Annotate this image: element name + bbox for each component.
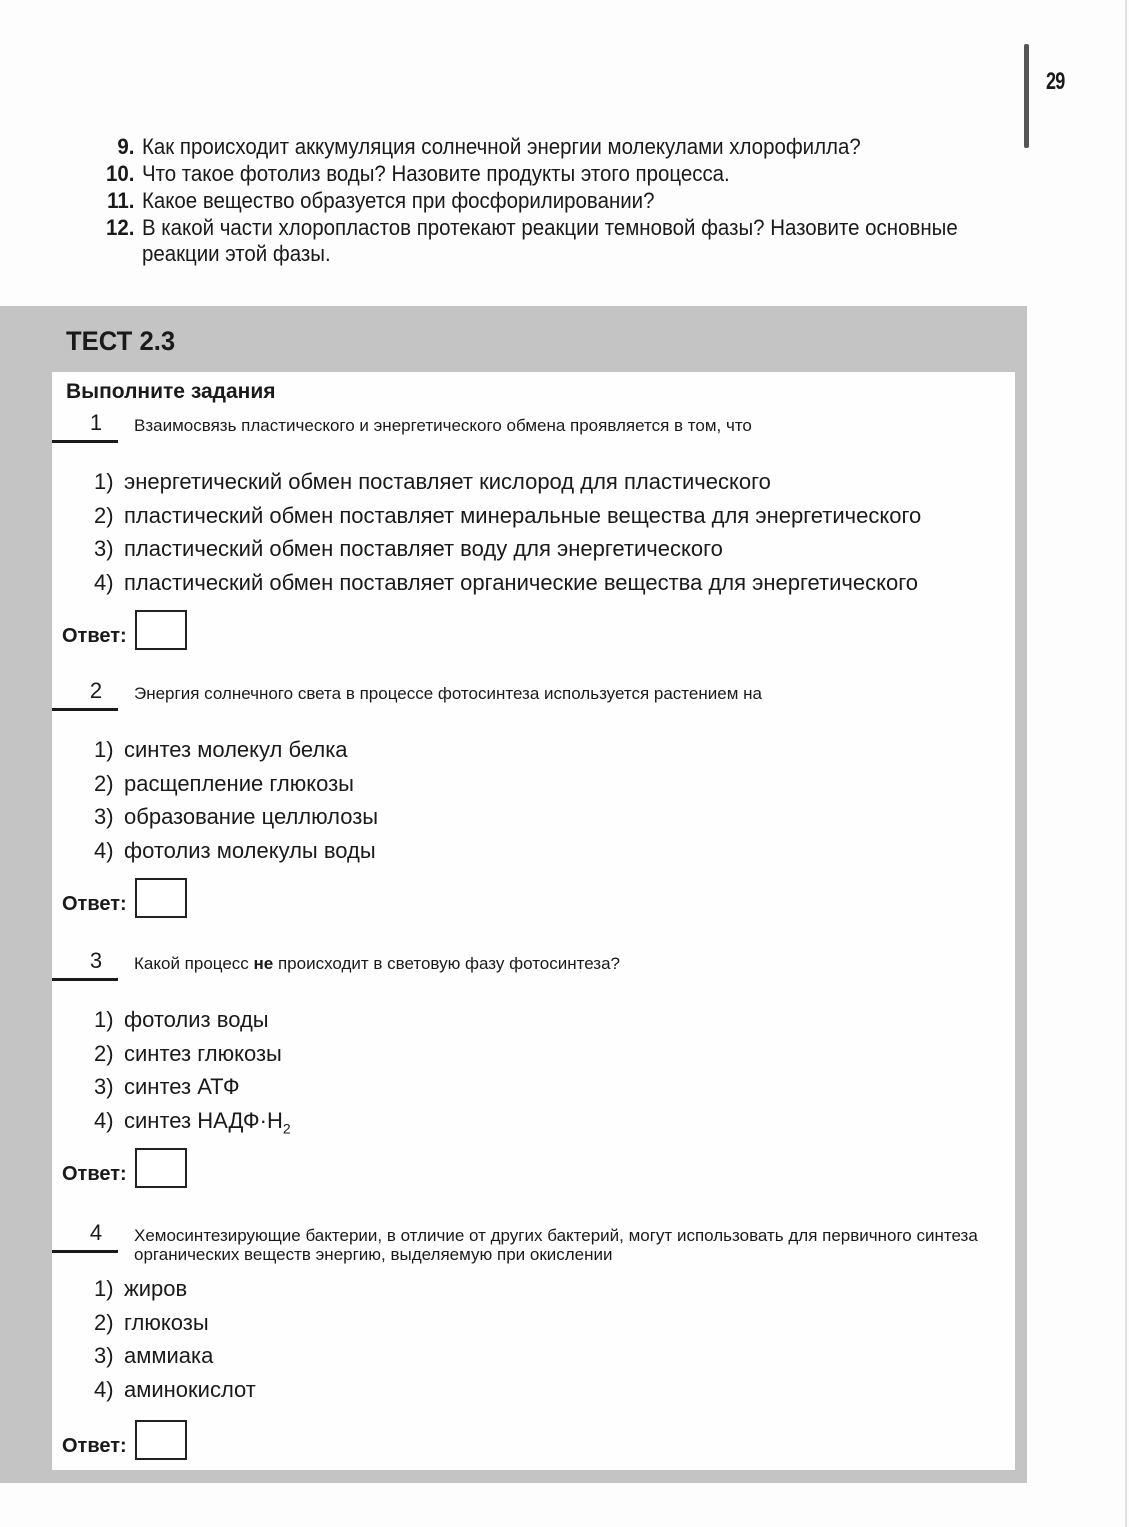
answer-box[interactable] (135, 1420, 187, 1460)
option-text: синтез АТФ (124, 1074, 240, 1099)
option-text: расщепление глюкозы (124, 771, 354, 796)
option-text: аммиака (124, 1343, 213, 1368)
test-body: Выполните задания 1 Взаимосвязь пластиче… (52, 372, 1015, 1470)
question-text: Как происходит аккумуляция солнечной эне… (142, 134, 1037, 160)
option-text: энергетический обмен поставляет кислород… (124, 469, 771, 494)
task-number: 3 (76, 948, 116, 974)
question-number: 11. (88, 188, 142, 214)
option-text: аминокислот (124, 1377, 256, 1402)
answer-label: Ответ: (62, 1163, 127, 1186)
answer-option[interactable]: 2)пластический обмен поставляет минераль… (94, 499, 921, 533)
task-number-underline (52, 708, 118, 711)
option-subscript: 2 (283, 1120, 291, 1136)
task-question: Энергия солнечного света в процессе фото… (134, 684, 1014, 703)
answer-option[interactable]: 1)энергетический обмен поставляет кислор… (94, 465, 921, 499)
option-number: 3) (94, 532, 124, 566)
task-number-underline (52, 440, 118, 443)
answer-option[interactable]: 4)аминокислот (94, 1373, 256, 1407)
task-question: Хемосинтезирующие бактерии, в отличие от… (134, 1226, 1004, 1264)
answer-row: Ответ: (62, 878, 187, 918)
answer-box[interactable] (135, 878, 187, 918)
answer-option[interactable]: 1)жиров (94, 1272, 256, 1306)
answer-option[interactable]: 4)пластический обмен поставляет органиче… (94, 566, 921, 600)
task-number-underline (52, 1250, 118, 1253)
answer-options: 1)жиров 2)глюкозы 3)аммиака 4)аминокисло… (94, 1272, 256, 1406)
answer-option[interactable]: 3)пластический обмен поставляет воду для… (94, 532, 921, 566)
option-text: синтез молекул белка (124, 737, 348, 762)
question-number: 9. (88, 134, 142, 160)
answer-option[interactable]: 2)синтез глюкозы (94, 1037, 291, 1071)
task-question: Взаимосвязь пластического и энергетическ… (134, 416, 1014, 435)
option-text: пластический обмен поставляет органическ… (124, 570, 918, 595)
answer-box[interactable] (135, 610, 187, 650)
question-number: 12. (88, 215, 142, 267)
answer-options: 1)энергетический обмен поставляет кислор… (94, 465, 921, 599)
answer-row: Ответ: (62, 1148, 187, 1188)
instruction-heading: Выполните задания (66, 380, 276, 404)
option-number: 3) (94, 1070, 124, 1104)
option-text: глюкозы (124, 1310, 209, 1335)
answer-option[interactable]: 1)фотолиз воды (94, 1003, 291, 1037)
review-question: 11. Какое вещество образуется при фосфор… (88, 188, 1037, 214)
question-text: Что такое фотолиз воды? Назовите продукт… (142, 161, 1037, 187)
option-text: образование целлюлозы (124, 804, 378, 829)
option-number: 2) (94, 1306, 124, 1340)
option-text: синтез НАДФ·Н (124, 1108, 283, 1133)
question-text: В какой части хлоропластов протекают реа… (142, 215, 1032, 267)
option-number: 3) (94, 1339, 124, 1373)
review-question: 9. Как происходит аккумуляция солнечной … (88, 134, 1037, 160)
option-number: 1) (94, 733, 124, 767)
task-question: Какой процесс не происходит в световую ф… (134, 954, 1014, 973)
answer-option[interactable]: 2)глюкозы (94, 1306, 256, 1340)
answer-option[interactable]: 1)синтез молекул белка (94, 733, 378, 767)
option-number: 1) (94, 465, 124, 499)
answer-label: Ответ: (62, 1435, 127, 1458)
option-text: пластический обмен поставляет воду для э… (124, 536, 723, 561)
option-number: 2) (94, 499, 124, 533)
question-text-part: Какой процесс (134, 954, 254, 973)
question-number: 10. (88, 161, 142, 187)
answer-option[interactable]: 4)фотолиз молекулы воды (94, 834, 378, 868)
review-question: 10. Что такое фотолиз воды? Назовите про… (88, 161, 1037, 187)
answer-box[interactable] (135, 1148, 187, 1188)
review-questions: 9. Как происходит аккумуляция солнечной … (88, 134, 1038, 268)
test-panel: ТЕСТ 2.3 Выполните задания 1 Взаимосвязь… (0, 306, 1027, 1483)
answer-option[interactable]: 2)расщепление глюкозы (94, 767, 378, 801)
answer-options: 1)фотолиз воды 2)синтез глюкозы 3)синтез… (94, 1003, 291, 1145)
answer-option[interactable]: 3)образование целлюлозы (94, 800, 378, 834)
answer-option[interactable]: 3)синтез АТФ (94, 1070, 291, 1104)
page-number-rule (1024, 44, 1029, 148)
task-number: 1 (76, 410, 116, 436)
review-question: 12. В какой части хлоропластов протекают… (88, 215, 1032, 267)
option-number: 1) (94, 1003, 124, 1037)
task-number: 2 (76, 678, 116, 704)
option-text: пластический обмен поставляет минеральны… (124, 503, 921, 528)
option-text: фотолиз молекулы воды (124, 838, 376, 863)
option-number: 2) (94, 767, 124, 801)
option-number: 4) (94, 834, 124, 868)
answer-option[interactable]: 4)синтез НАДФ·Н2 (94, 1104, 291, 1146)
task-number: 4 (76, 1220, 116, 1246)
page-edge (1125, 0, 1127, 1527)
option-number: 4) (94, 566, 124, 600)
task-number-underline (52, 978, 118, 981)
option-text: жиров (124, 1276, 187, 1301)
answer-option[interactable]: 3)аммиака (94, 1339, 256, 1373)
option-number: 1) (94, 1272, 124, 1306)
option-number: 4) (94, 1373, 124, 1407)
test-title: ТЕСТ 2.3 (66, 326, 175, 357)
option-number: 4) (94, 1104, 124, 1138)
page-number: 29 (1046, 68, 1065, 96)
question-emphasis: не (254, 954, 274, 973)
answer-label: Ответ: (62, 893, 127, 916)
option-text: фотолиз воды (124, 1007, 269, 1032)
answer-label: Ответ: (62, 625, 127, 648)
answer-options: 1)синтез молекул белка 2)расщепление глю… (94, 733, 378, 867)
option-number: 3) (94, 800, 124, 834)
question-text: Какое вещество образуется при фосфорилир… (142, 188, 1037, 214)
answer-row: Ответ: (62, 1420, 187, 1460)
option-text: синтез глюкозы (124, 1041, 282, 1066)
answer-row: Ответ: (62, 610, 187, 650)
question-text-part: происходит в световую фазу фотосинтеза? (273, 954, 620, 973)
option-number: 2) (94, 1037, 124, 1071)
